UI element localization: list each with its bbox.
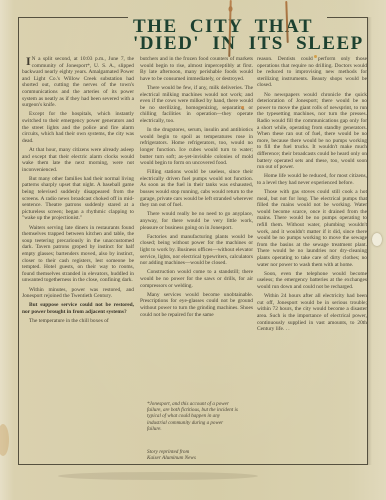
drop-cap: I [26, 56, 31, 66]
frame-top-rule-left [18, 17, 128, 18]
paper-notch [372, 233, 382, 246]
paragraph: Home life would be reduced, for most cit… [257, 173, 367, 186]
paragraph: reason. Dentists could perform only thos… [257, 56, 367, 89]
paragraph: Many services would become unobtainable.… [140, 292, 253, 318]
magazine-page: THE CITY THAT 'DIED' IN ITS SLEEP IN a s… [0, 0, 386, 500]
paragraph: butchers and in the frozen food counters… [140, 56, 253, 82]
paragraph-text: N a split second, at 10:03 p.m., June 7,… [22, 56, 134, 108]
page-crease [368, 17, 372, 465]
paragraph: But many other families had their normal… [22, 176, 134, 222]
paragraph: Construction would come to a standstill;… [140, 269, 253, 289]
frame-left-rule [18, 17, 19, 465]
footnote: *Jonesport, and this account of a power … [147, 401, 239, 432]
paragraph: There would be few, if any, milk deliver… [140, 85, 253, 125]
frame-top-rule-right [327, 17, 368, 18]
text-column-3: reason. Dentists could perform only thos… [257, 56, 367, 406]
article-title: THE CITY THAT 'DIED' IN ITS SLEEP [133, 19, 365, 52]
frame-bottom-rule [18, 464, 368, 465]
paragraph: Within 24 hours after all electricity ha… [257, 293, 367, 333]
opening-paragraph: IN a split second, at 10:03 p.m., June 7… [22, 56, 134, 109]
text-column-2: butchers and in the frozen food counters… [140, 56, 253, 406]
paragraph: Except for the hospitals, which instantl… [22, 111, 134, 144]
paper-stain [0, 424, 9, 456]
paragraph: Filling stations would be useless, since… [140, 169, 253, 209]
paper-speck [241, 106, 244, 109]
paragraph: There would really be no need to go anyp… [140, 211, 253, 231]
text-column-1: IN a split second, at 10:03 p.m., June 7… [22, 56, 134, 406]
paragraph: The temperature in the chill boxes of [22, 318, 134, 325]
paragraph: Waiters serving late diners in restauran… [22, 225, 134, 284]
story-credit: Story reprinted from Kaiser Aluminum New… [147, 449, 247, 462]
paragraph: In the drugstores, serum, insulin and an… [140, 127, 253, 167]
paragraph: At that hour, many citizens were already… [22, 147, 134, 173]
paragraph: Soon, even the telephone would become us… [257, 271, 367, 291]
paper-smudge [58, 472, 258, 480]
paragraph: No newspapers would chronicle the quick … [257, 92, 367, 171]
paper-speck [314, 55, 317, 58]
title-line-2: 'DIED' IN ITS SLEEP [133, 36, 365, 53]
emphasis-paragraph: But suppose service could not be restore… [22, 302, 134, 315]
credit-line-2: Kaiser Aluminum News [147, 455, 247, 461]
paragraph: Those with gas stoves could still cook a… [257, 189, 367, 268]
paragraph: Within minutes, power was restored, and … [22, 287, 134, 300]
paragraph: Factories and manufacturing plants would… [140, 234, 253, 267]
